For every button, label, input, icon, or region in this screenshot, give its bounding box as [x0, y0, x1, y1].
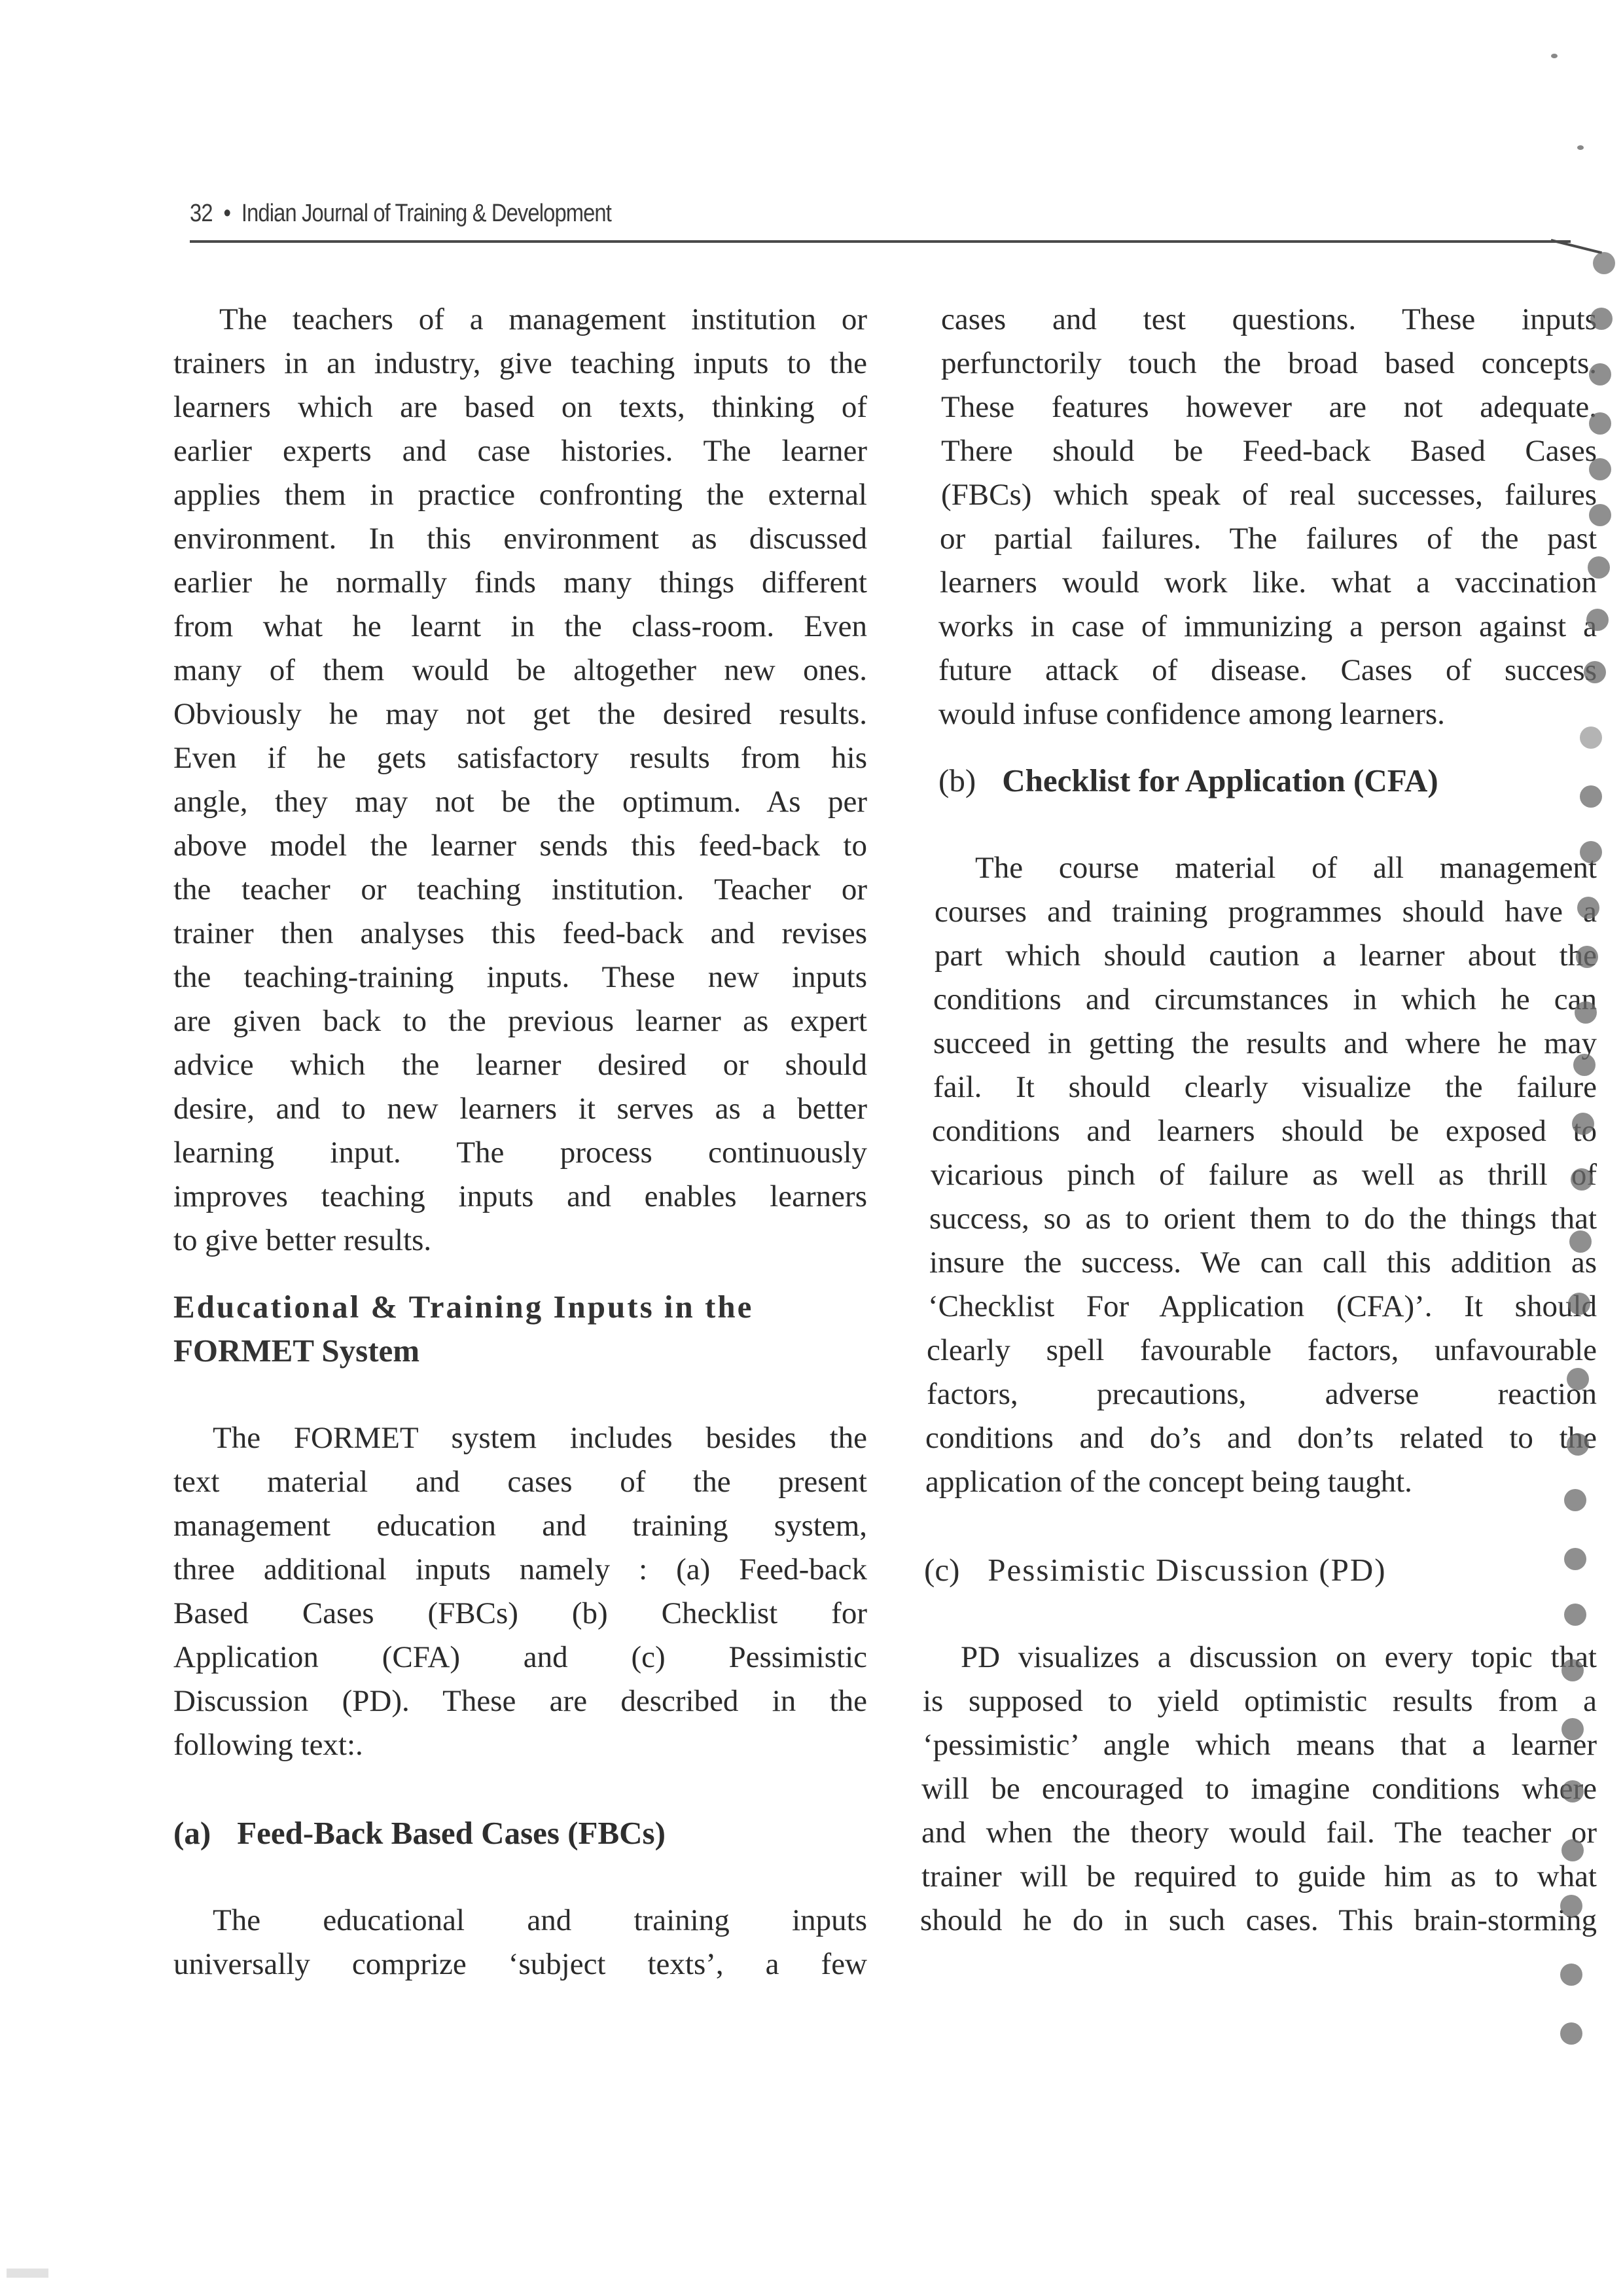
subsection-label: (a) — [173, 1811, 229, 1855]
text-line: improves teaching inputs and enables lea… — [173, 1175, 867, 1219]
subsection-heading-cfa: (b) Checklist for Application (CFA) — [916, 759, 1597, 802]
text-line: environment. In this environment as disc… — [173, 517, 867, 561]
scan-edge-mark — [7, 2269, 48, 2278]
text-line: trainer will be required to guide him as… — [916, 1855, 1597, 1899]
punch-hole-mark — [1590, 308, 1613, 330]
text-line: trainer then analyses this feed-back and… — [173, 912, 867, 956]
section-heading-line: FORMET System — [173, 1329, 867, 1372]
punch-hole-mark — [1580, 726, 1602, 749]
text-line: angle, they may not be the optimum. As p… — [173, 780, 867, 824]
text-line: success, so as to orient them to do the … — [916, 1197, 1597, 1241]
subsection-title: Pessimistic Discussion (PD) — [988, 1552, 1386, 1588]
text-line: Obviously he may not get the desired res… — [173, 692, 867, 736]
text-line: learners would work like. what a vaccina… — [916, 561, 1597, 605]
page-number: 32 — [190, 200, 213, 227]
punch-hole-mark — [1567, 1433, 1589, 1456]
subsection-heading-fbc: (a) Feed-Back Based Cases (FBCs) — [173, 1811, 867, 1855]
text-line: These features however are not adequate. — [916, 386, 1597, 429]
text-line: are given back to the previous learner a… — [173, 999, 867, 1043]
text-line: the teaching-training inputs. These new … — [173, 956, 867, 999]
text-line: cases and test questions. These inputs — [916, 298, 1597, 342]
punch-hole-mark — [1560, 2022, 1582, 2045]
text-line: advice which the learner desired or shou… — [173, 1043, 867, 1087]
paragraph-pd: PD visualizes a discussion on every topi… — [916, 1636, 1597, 1943]
text-line: perfunctorily touch the broad based conc… — [916, 342, 1597, 386]
punch-hole-mark — [1586, 609, 1609, 631]
text-line: earlier he normally finds many things di… — [173, 561, 867, 605]
text-line: many of them would be altogether new one… — [173, 649, 867, 692]
text-line: insure the success. We can call this add… — [916, 1241, 1597, 1285]
subsection-title: Feed-Back Based Cases (FBCs) — [237, 1815, 666, 1851]
punch-hole-mark — [1588, 556, 1610, 579]
text-line: three additional inputs namely : (a) Fee… — [173, 1548, 867, 1592]
text-line: will be encouraged to imagine conditions… — [916, 1767, 1597, 1811]
text-line: the teacher or teaching institution. Tea… — [173, 868, 867, 912]
text-line: would infuse confidence among learners. — [916, 692, 1597, 736]
punch-hole-mark — [1576, 946, 1598, 968]
text-line: works in case of immunizing a person aga… — [916, 605, 1597, 649]
text-line: (FBCs) which speak of real successes, fa… — [916, 473, 1597, 517]
text-line: future attack of disease. Cases of succe… — [916, 649, 1597, 692]
punch-hole-mark — [1589, 504, 1611, 526]
text-line: from what he learnt in the class-room. E… — [173, 605, 867, 649]
subsection-heading-pd: (c) Pessimistic Discussion (PD) — [916, 1548, 1597, 1592]
punch-hole-mark — [1560, 1895, 1582, 1917]
text-line: applies them in practice confronting the… — [173, 473, 867, 517]
header-rule — [190, 240, 1571, 243]
text-line: There should be Feed-back Based Cases — [916, 429, 1597, 473]
text-line: is supposed to yield optimistic results … — [916, 1679, 1597, 1723]
text-line: universally comprize ‘subject texts’, a … — [173, 1943, 867, 1986]
paragraph-fbc-intro: The educational and training inputs univ… — [173, 1899, 867, 1986]
punch-hole-mark — [1560, 1964, 1582, 1986]
text-line: learners which are based on texts, think… — [173, 386, 867, 429]
journal-title: Indian Journal of Training & Development — [241, 200, 611, 227]
spacer — [173, 1263, 867, 1285]
text-line: and when the theory would fail. The teac… — [916, 1811, 1597, 1855]
text-line: or partial failures. The failures of the… — [916, 517, 1597, 561]
text-line: conditions and do’s and don’ts related t… — [916, 1416, 1597, 1460]
punch-hole-mark — [1573, 1054, 1596, 1076]
scan-speck — [1551, 54, 1558, 58]
text-line: to give better results. — [173, 1219, 867, 1263]
subsection-label: (b) — [938, 759, 994, 802]
text-line: desire, and to new learners it serves as… — [173, 1087, 867, 1131]
punch-hole-mark — [1571, 1168, 1593, 1191]
spacer — [916, 736, 1597, 759]
text-line: earlier experts and case histories. The … — [173, 429, 867, 473]
punch-hole-mark — [1561, 1780, 1584, 1803]
left-column: The teachers of a management institution… — [173, 298, 867, 1986]
text-line: ‘Checklist For Application (CFA)’. It sh… — [916, 1285, 1597, 1329]
punch-hole-mark — [1589, 458, 1611, 480]
text-line: above model the learner sends this feed-… — [173, 824, 867, 868]
spacer — [173, 1855, 867, 1899]
text-line: The course material of all management — [916, 846, 1597, 890]
paragraph-feedback-model: The teachers of a management institution… — [173, 298, 867, 1263]
section-heading-line: Educational & Training Inputs in the — [173, 1285, 867, 1329]
text-line: clearly spell favourable factors, unfavo… — [916, 1329, 1597, 1372]
text-line: PD visualizes a discussion on every topi… — [916, 1636, 1597, 1679]
text-line: should he do in such cases. This brain-s… — [916, 1899, 1597, 1943]
subsection-label: (c) — [924, 1548, 980, 1592]
punch-hole-mark — [1568, 1293, 1590, 1315]
text-line: courses and training programmes should h… — [916, 890, 1597, 934]
punch-hole-mark — [1593, 252, 1615, 274]
punch-hole-mark — [1561, 1659, 1584, 1681]
text-line: vicarious pinch of failure as well as th… — [916, 1153, 1597, 1197]
scan-speck — [1577, 145, 1584, 150]
punch-hole-mark — [1572, 1113, 1594, 1135]
text-line: trainers in an industry, give teaching i… — [173, 342, 867, 386]
text-line: The FORMET system includes besides the — [173, 1416, 867, 1460]
punch-hole-mark — [1580, 841, 1602, 863]
punch-hole-mark — [1589, 412, 1611, 435]
punch-hole-mark — [1584, 661, 1606, 683]
punch-hole-mark — [1561, 1718, 1584, 1740]
text-line: The educational and training inputs — [173, 1899, 867, 1943]
text-line: conditions and learners should be expose… — [916, 1109, 1597, 1153]
text-line: The teachers of a management institution… — [173, 298, 867, 342]
punch-hole-mark — [1577, 897, 1599, 919]
text-line: application of the concept being taught. — [916, 1460, 1597, 1504]
punch-hole-mark — [1580, 785, 1602, 808]
text-line: learning input. The process continuously — [173, 1131, 867, 1175]
text-line: ‘pessimistic’ angle which means that a l… — [916, 1723, 1597, 1767]
text-line: Even if he gets satisfactory results fro… — [173, 736, 867, 780]
running-header: 32 • Indian Journal of Training & Develo… — [190, 200, 1603, 228]
text-line: succeed in getting the results and where… — [916, 1022, 1597, 1066]
punch-hole-mark — [1567, 1368, 1589, 1390]
spacer — [173, 1767, 867, 1811]
text-line: factors, precautions, adverse reaction — [916, 1372, 1597, 1416]
spacer — [916, 1504, 1597, 1548]
punch-hole-mark — [1575, 1001, 1597, 1024]
punch-hole-mark — [1589, 363, 1611, 386]
bullet-separator: • — [223, 200, 230, 227]
punch-hole-mark — [1569, 1230, 1592, 1253]
text-line: management education and training system… — [173, 1504, 867, 1548]
subsection-title: Checklist for Application (CFA) — [1002, 762, 1438, 798]
running-head-text: 32 • Indian Journal of Training & Develo… — [190, 200, 1406, 228]
text-line: conditions and circumstances in which he… — [916, 978, 1597, 1022]
spacer — [916, 802, 1597, 846]
text-line: Based Cases (FBCs) (b) Checklist for — [173, 1592, 867, 1636]
paragraph-cfa: The course material of all management co… — [916, 846, 1597, 1504]
punch-hole-mark — [1561, 1839, 1584, 1861]
punch-hole-mark — [1564, 1489, 1586, 1511]
punch-hole-mark — [1564, 1548, 1586, 1570]
text-line: part which should caution a learner abou… — [916, 934, 1597, 978]
paragraph-formet-inputs: The FORMET system includes besides the t… — [173, 1416, 867, 1767]
paragraph-fbc-continued: cases and test questions. These inputs p… — [916, 298, 1597, 736]
right-column: cases and test questions. These inputs p… — [916, 298, 1597, 1943]
text-line: text material and cases of the present — [173, 1460, 867, 1504]
punch-hole-mark — [1564, 1604, 1586, 1626]
spacer — [916, 1592, 1597, 1636]
text-line: following text:. — [173, 1723, 867, 1767]
section-heading: Educational & Training Inputs in the FOR… — [173, 1285, 867, 1372]
binding-punch-holes — [1584, 0, 1623, 2296]
text-line: fail. It should clearly visualize the fa… — [916, 1066, 1597, 1109]
spacer — [173, 1372, 867, 1416]
text-line: Discussion (PD). These are described in … — [173, 1679, 867, 1723]
text-line: Application (CFA) and (c) Pessimistic — [173, 1636, 867, 1679]
